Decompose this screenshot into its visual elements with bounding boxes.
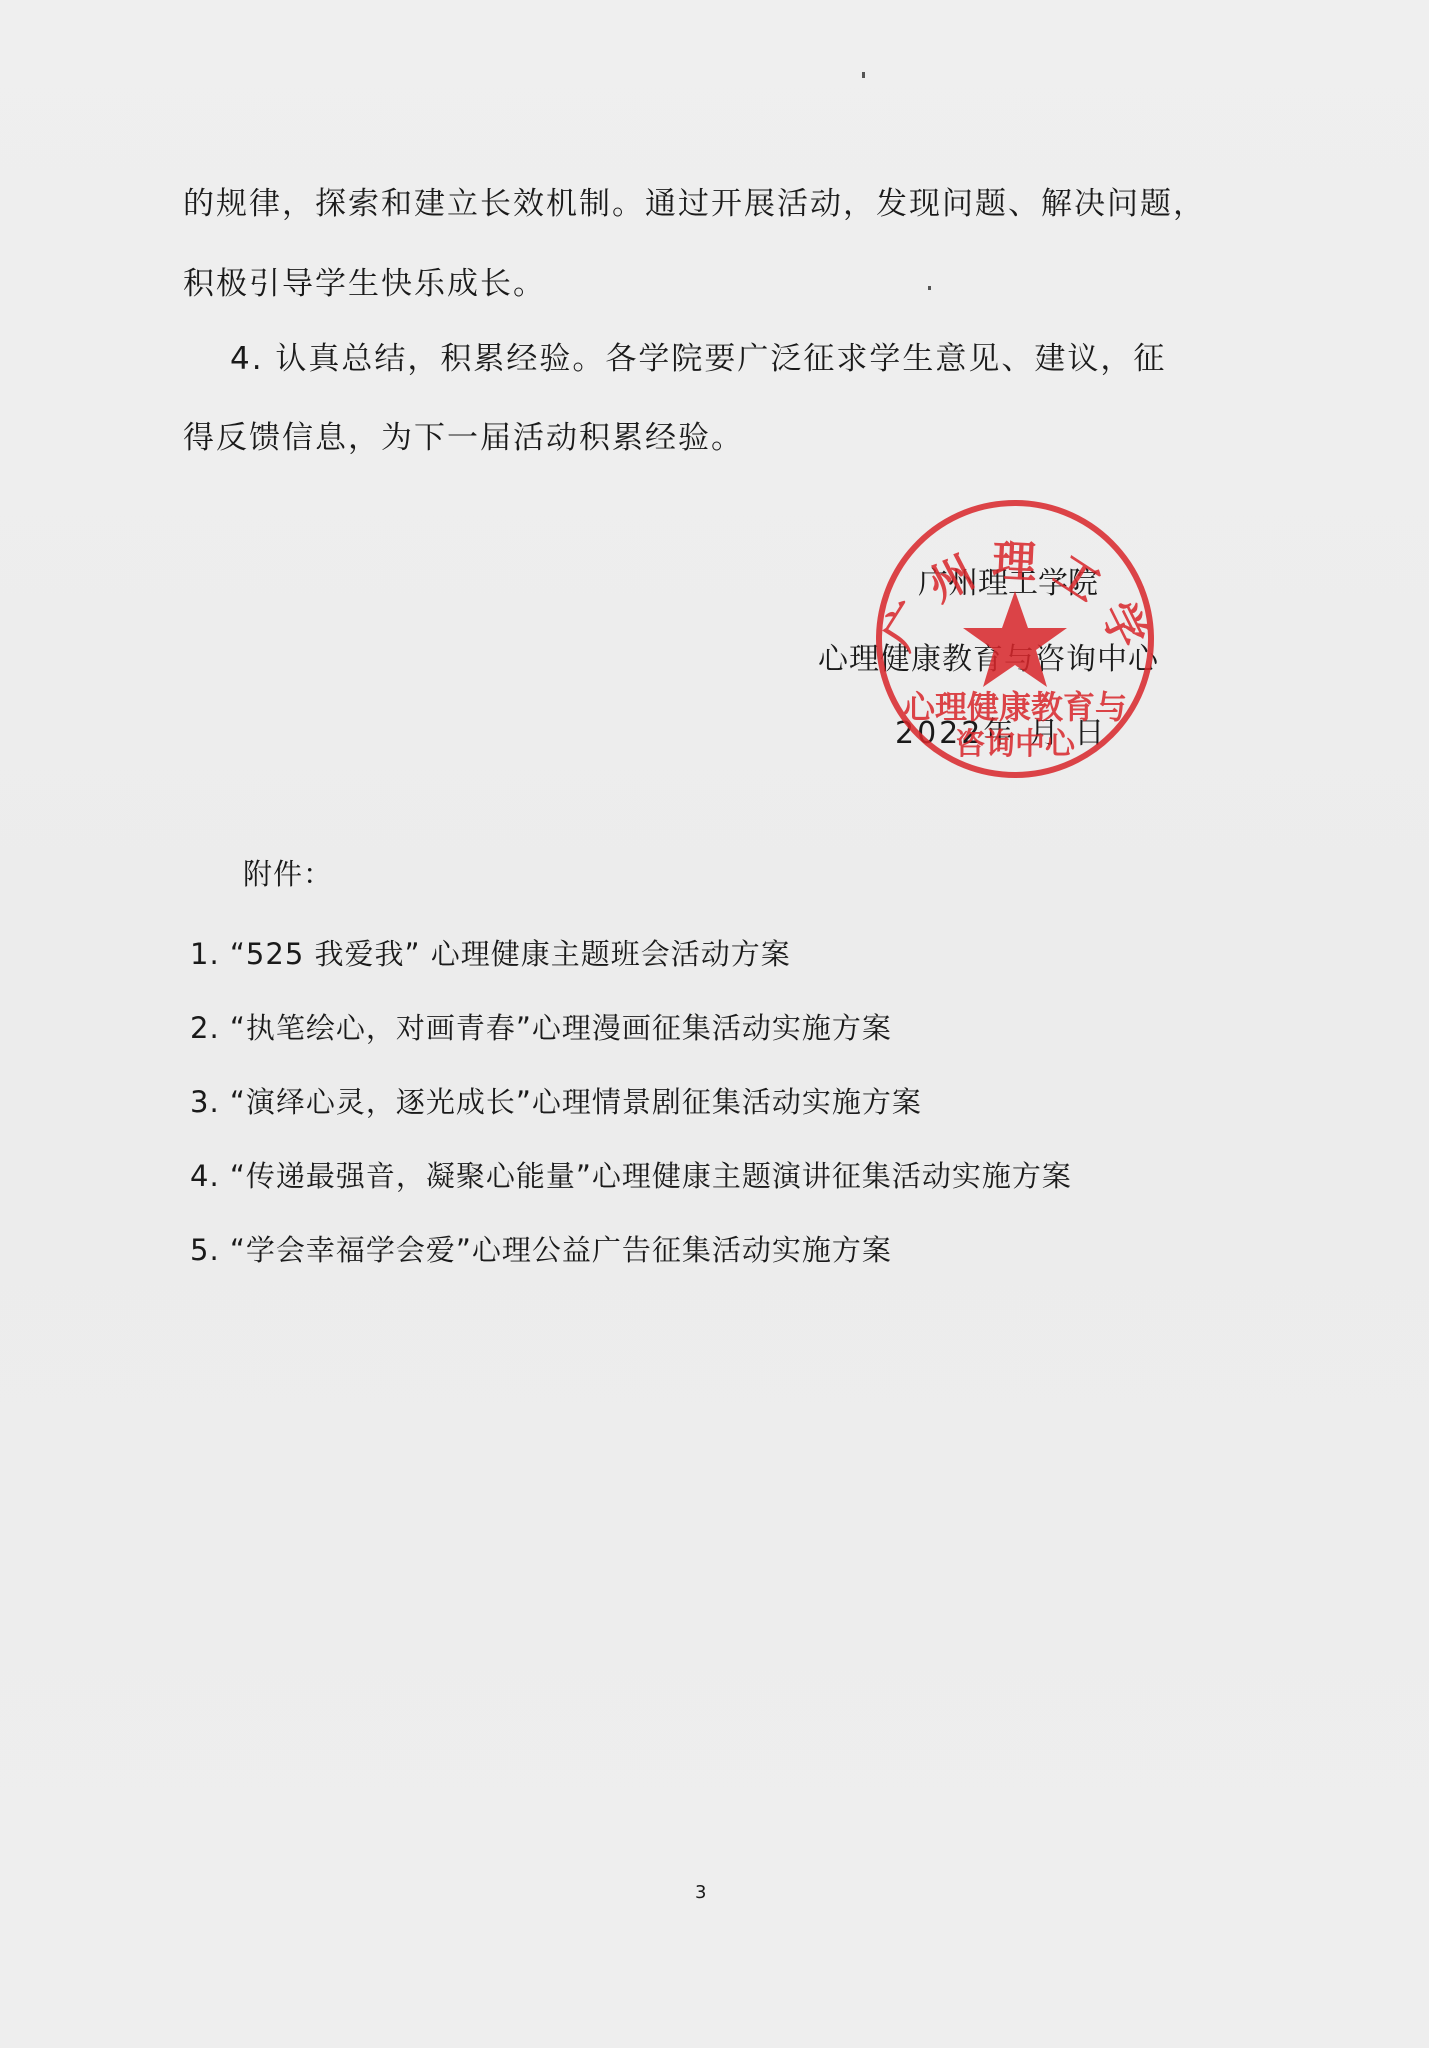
body-line: 4. 认真总结，积累经验。各学院要广泛征求学生意见、建议，征 (230, 333, 1166, 378)
body-line: 的规律，探索和建立长效机制。通过开展活动，发现问题、解决问题， (183, 178, 1206, 223)
scan-speck (928, 286, 931, 290)
body-line: 得反馈信息，为下一届活动积累经验。 (183, 412, 744, 457)
attachment-item: 1. “525 我爱我” 心理健康主题班会活动方案 (190, 932, 791, 973)
official-seal-stamp: 广州理工学院 心理健康教育与 咨询中心 (872, 496, 1158, 782)
page-number: 3 (695, 1882, 706, 1903)
attachment-item: 3. “演绎心灵，逐光成长”心理情景剧征集活动实施方案 (190, 1080, 922, 1121)
attachment-item: 4. “传递最强音，凝聚心能量”心理健康主题演讲征集活动实施方案 (190, 1154, 1072, 1195)
svg-text:咨询中心: 咨询中心 (955, 727, 1076, 762)
svg-text:心理健康教育与: 心理健康教育与 (903, 688, 1127, 726)
attachment-item: 5. “学会幸福学会爱”心理公益广告征集活动实施方案 (190, 1228, 892, 1269)
attachments-heading: 附件： (243, 852, 333, 893)
body-line: 积极引导学生快乐成长。 (183, 258, 546, 303)
attachment-item: 2. “执笔绘心，对画青春”心理漫画征集活动实施方案 (190, 1006, 892, 1047)
document-page: 的规律，探索和建立长效机制。通过开展活动，发现问题、解决问题， 积极引导学生快乐… (0, 0, 1429, 2048)
scan-speck (862, 72, 865, 78)
